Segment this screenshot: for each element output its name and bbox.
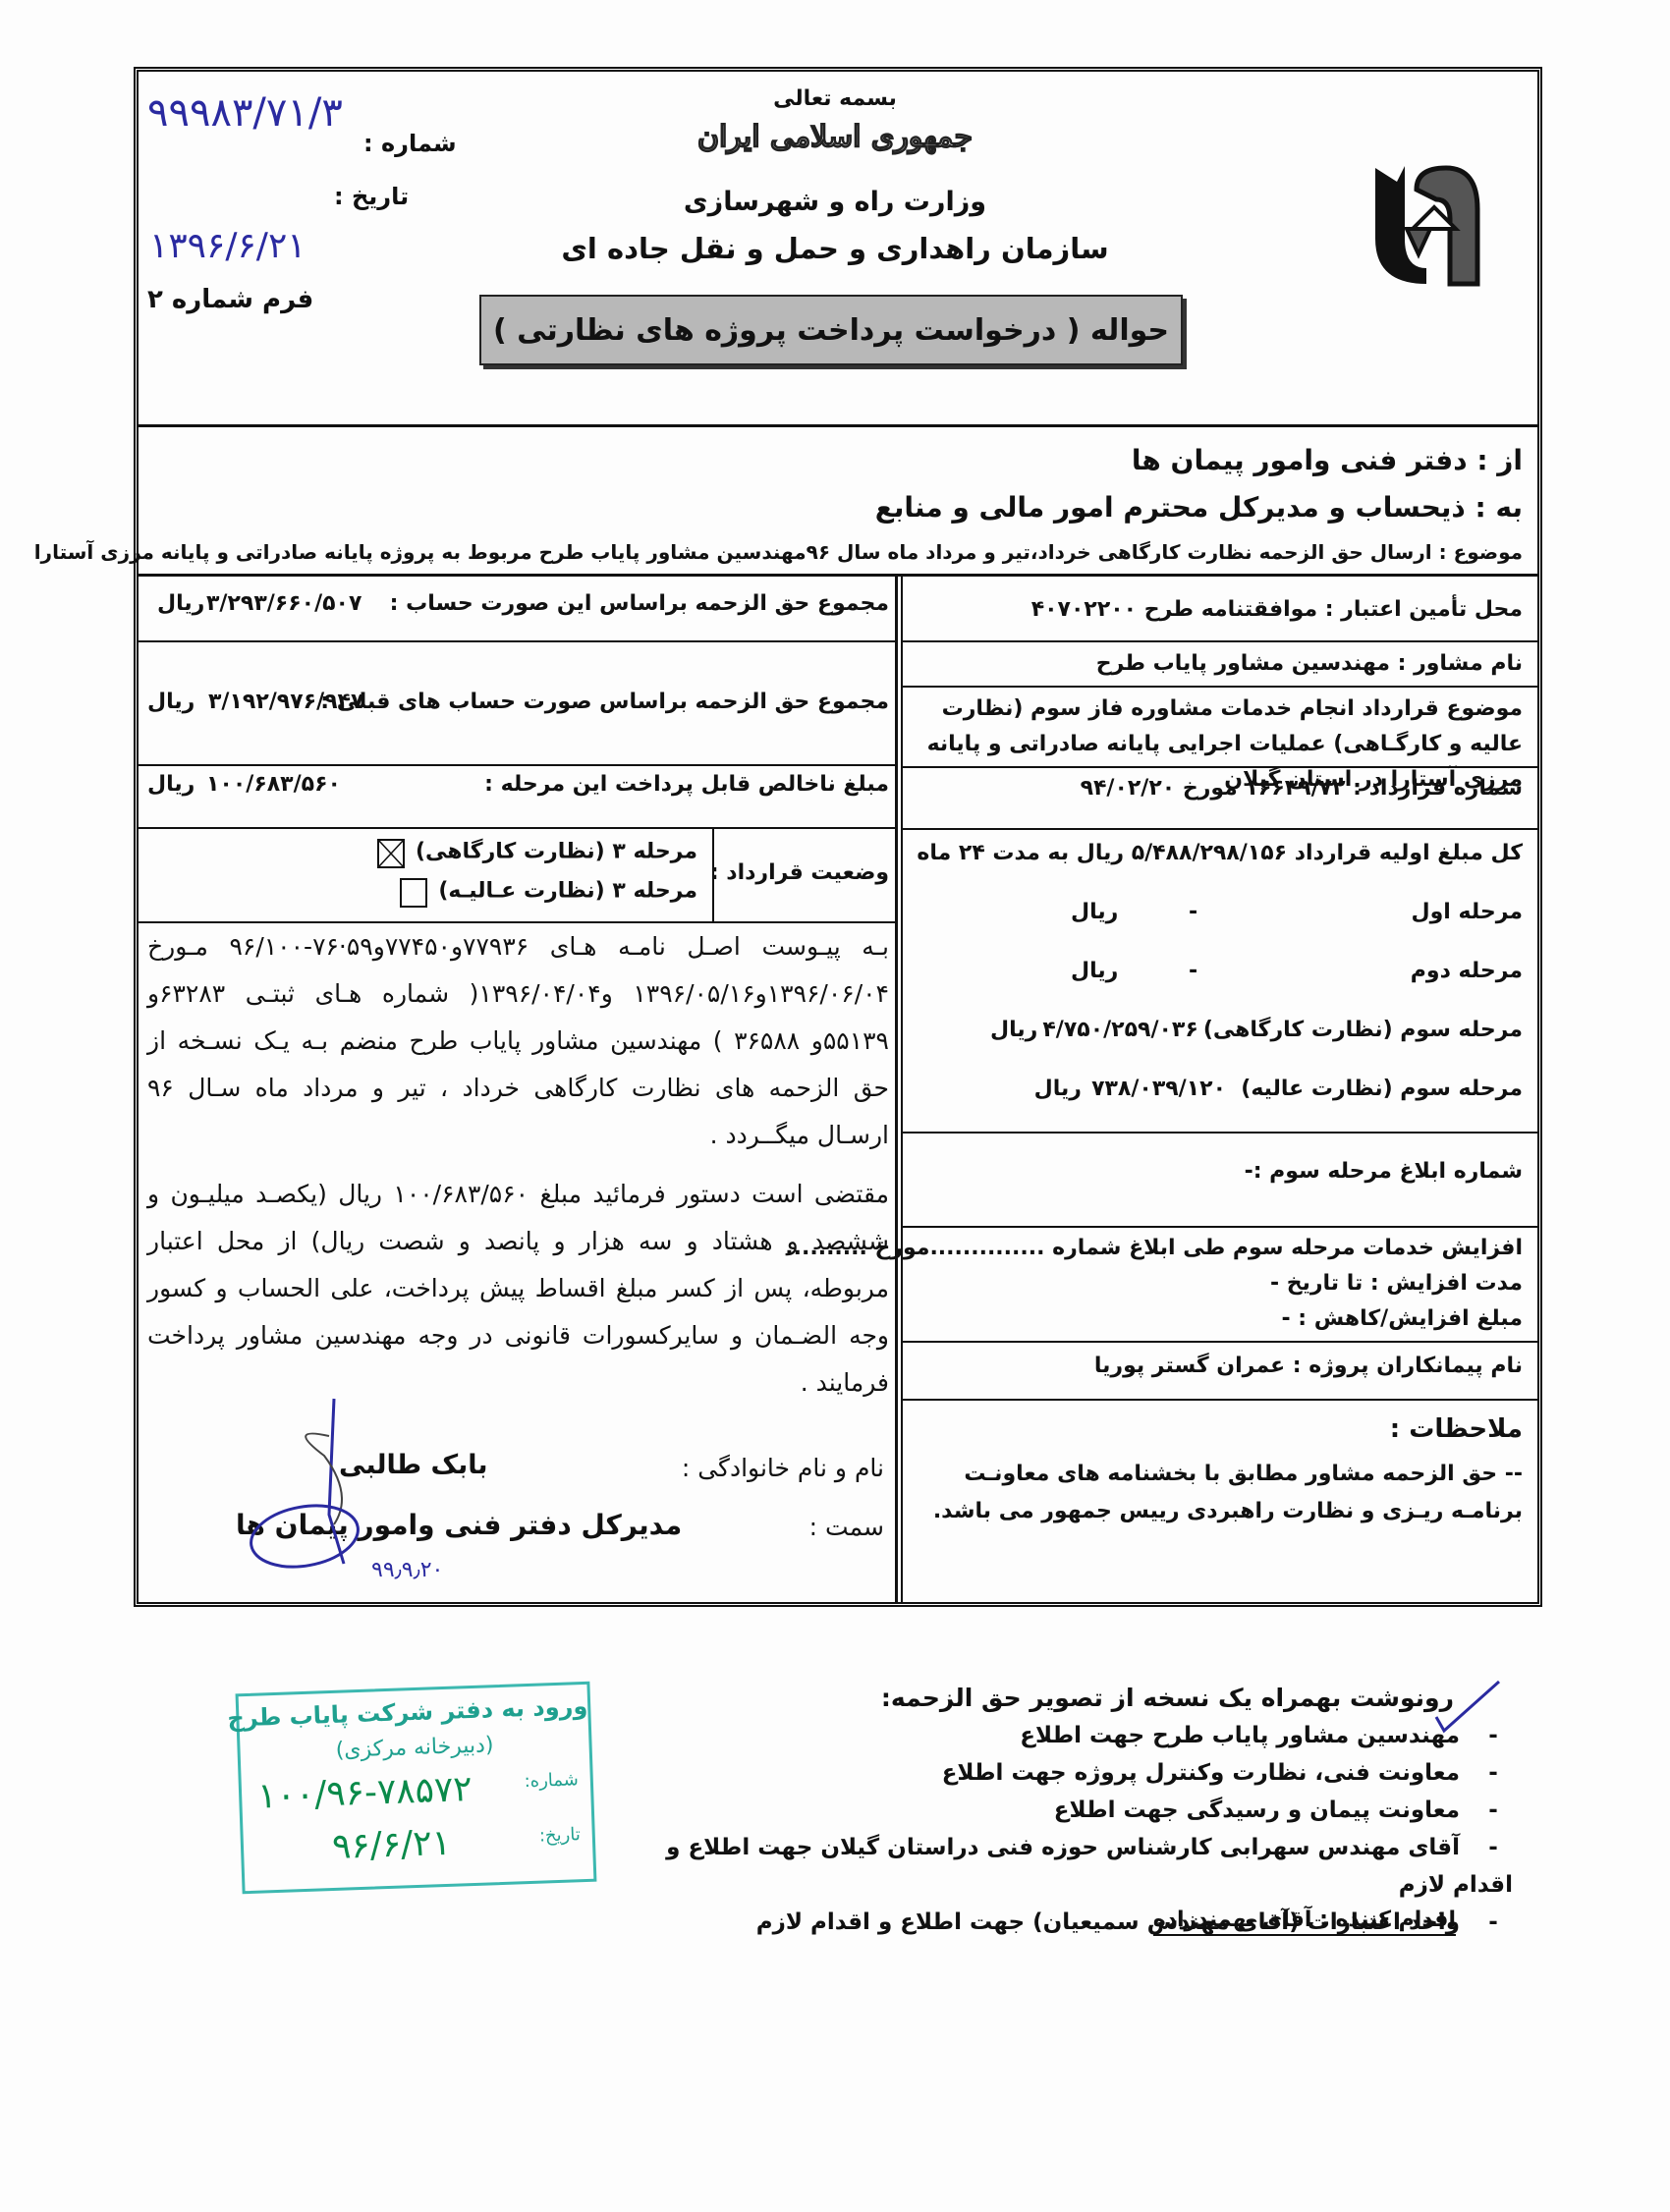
table-top-border xyxy=(139,574,1537,577)
contractors: نام پیمانکاران پروژه : عمران گستر پوریا xyxy=(1094,1354,1523,1378)
number-value: ۹۹۹۸۳/۷۱/۳ xyxy=(147,90,343,136)
status-option-label: مرحله ۳ (نظارت عـالیـه) xyxy=(438,879,697,904)
header-divider xyxy=(139,424,1537,427)
remarks-text: -- حق الزحمه مشاور مطابق با بخشنامه های … xyxy=(904,1456,1523,1530)
phase-3-site: مرحله سوم (نظارت کارگاهی) ۴/۷۵۰/۲۵۹/۰۳۶ … xyxy=(990,1018,1523,1042)
row-divider xyxy=(139,764,895,766)
stamp-date-label: تاریخ: xyxy=(539,1824,582,1846)
checkmark-icon xyxy=(1434,1678,1503,1737)
cc-item: -معاونت فنی، نظارت وکنترل پروژه جهت اطلا… xyxy=(629,1754,1513,1792)
cc-title: رونوشت بهمراه یک نسخه از تصویر حق الزحمه… xyxy=(881,1684,1454,1712)
phase-3-supreme-label: مرحله سوم (نظارت عالیه) xyxy=(1241,1077,1523,1101)
increase-duration: مدت افزایش : تا تاریخ - xyxy=(1270,1271,1523,1296)
checkbox-unchecked[interactable] xyxy=(400,878,427,908)
currency-label: ریال xyxy=(147,690,195,714)
currency-label: ریال xyxy=(157,591,204,616)
action-by: اقدام کننده : آقای بهمندزاده xyxy=(1153,1908,1456,1936)
total-previous-value: ۳/۱۹۲/۹۷۶/۹۴۷ xyxy=(208,690,363,714)
row-divider xyxy=(139,640,895,642)
signer-name-label: نام و نام خانوادگی : xyxy=(682,1454,884,1482)
stamp-line1: ورود به دفتر شرکت پایاب طرح xyxy=(239,1692,588,1732)
form-number: فرم شماره ۲ xyxy=(147,285,313,314)
form-title: حواله ( درخواست پرداخت پروژه های نظارتی … xyxy=(479,295,1183,365)
subject-line: موضوع : ارسال حق الزحمه نظارت کارگاهی خر… xyxy=(34,540,1523,564)
phase-3-site-label: مرحله سوم (نظارت کارگاهی) xyxy=(1203,1018,1523,1042)
stamp-number-label: شماره: xyxy=(524,1769,579,1792)
funding-source: محل تأمین اعتبار : موافقتنامه طرح ۴۰۷۰۲۲… xyxy=(1031,597,1523,622)
phase-2-value: - xyxy=(1189,959,1197,983)
initial-contract-amount: کل مبلغ اولیه قرارداد ۵/۴۸۸/۲۹۸/۱۵۶ ریال… xyxy=(917,841,1523,865)
stamp-date-value: ۹۶/۶/۲۱ xyxy=(331,1823,451,1867)
net-payable-label: مبلغ ناخالص قابل پرداخت این مرحله : xyxy=(484,772,889,797)
cc-item: -مهندسین مشاور پایاب طرح جهت اطلاع xyxy=(629,1717,1513,1754)
status-option-supreme[interactable]: مرحله ۳ (نظارت عـالیـه) xyxy=(400,878,697,908)
contract-number: شماره قرارداد : ۱۶۶۳۹/۷۲ مورخ ۹۴/۰۲/۲۰ xyxy=(1081,776,1523,801)
row-divider xyxy=(901,828,1537,830)
cc-item: -آقای مهندس سهرابی کارشناس حوزه فنی دراس… xyxy=(629,1829,1513,1904)
phase-3-notice: شماره ابلاغ مرحله سوم :- xyxy=(1245,1159,1523,1184)
cc-item: -معاونت پیمان و رسیدگی جهت اطلاع xyxy=(629,1792,1513,1829)
date-value: ۱۳۹۶/۶/۲۱ xyxy=(149,226,306,266)
status-option-label: مرحله ۳ (نظارت کارگاهی) xyxy=(416,840,697,864)
total-this-invoice-value: ۳/۲۹۳/۶۶۰/۵۰۷ xyxy=(206,591,362,616)
row-divider xyxy=(901,1132,1537,1134)
receipt-stamp: ورود به دفتر شرکت پایاب طرح (دبیرخانه مر… xyxy=(236,1682,597,1894)
phase-2-label: مرحله دوم xyxy=(1411,959,1523,983)
phase-1-currency: ریال xyxy=(1071,900,1118,924)
total-this-invoice-label: مجموع حق الزحمه براساس این صورت حساب : xyxy=(390,591,889,616)
phase-1-value: - xyxy=(1189,900,1197,924)
phase-3-site-value: ۴/۷۵۰/۲۵۹/۰۳۶ xyxy=(1042,1018,1197,1042)
increase-services: افزایش خدمات مرحله سوم طی ابلاغ شماره ..… xyxy=(785,1236,1523,1260)
country-name: جمهوری اسلامی ایران xyxy=(609,120,1061,154)
signature-icon xyxy=(236,1397,432,1593)
row-divider xyxy=(901,686,1537,688)
stamp-number-value: ۱۰۰/۹۶-۷۸۵۷۲ xyxy=(257,1769,473,1817)
currency-label: ریال xyxy=(147,772,195,797)
phase-3-supreme-value: ۷۳۸/۰۳۹/۱۲۰ xyxy=(1091,1077,1226,1101)
to-line: به : ذیحساب و مدیرکل محترم امور مالی و م… xyxy=(875,491,1523,524)
phase-3-supreme: مرحله سوم (نظارت عالیه) ۷۳۸/۰۳۹/۱۲۰ ریال xyxy=(1034,1077,1523,1101)
phase-2-currency: ریال xyxy=(1071,959,1118,983)
remarks-label: ملاحظات : xyxy=(1390,1414,1523,1444)
date-label: تاریخ : xyxy=(334,183,409,210)
status-option-site[interactable]: مرحله ۳ (نظارت کارگاهی) xyxy=(377,839,697,868)
checkbox-checked[interactable] xyxy=(377,839,405,868)
row-divider xyxy=(901,1341,1537,1343)
from-line: از : دفتر فنی وامور پیمان ها xyxy=(1132,444,1523,476)
contract-status-label: وضعیت قرارداد : xyxy=(710,860,889,885)
increase-amount: مبلغ افزایش/کاهش : - xyxy=(1282,1306,1524,1331)
row-divider xyxy=(901,1399,1537,1401)
number-label: شماره : xyxy=(363,130,457,157)
body-paragraph-instruction: مقتضی است دستور فرمائید مبلغ ۱۰۰/۶۸۳/۵۶۰… xyxy=(147,1171,889,1407)
ministry-name: وزارت راه و شهرسازی xyxy=(629,187,1041,217)
phase-3-site-currency: ریال xyxy=(990,1018,1037,1042)
phase-3-supreme-currency: ریال xyxy=(1034,1077,1082,1101)
organization-logo-icon xyxy=(1367,160,1485,288)
body-paragraph-attachment: بـه پیـوست اصـل نامـه هـای ۷۷۹۳۶و۷۷۴۵۰و۵… xyxy=(147,923,889,1159)
row-divider xyxy=(901,1226,1537,1228)
basmala: بسمه تعالی xyxy=(688,86,982,111)
total-previous-label: مجموع حق الزحمه براساس صورت حساب های قبل… xyxy=(320,690,889,714)
consultant-name: نام مشاور : مهندسین مشاور پایاب طرح xyxy=(1096,651,1523,676)
organization-name: سازمان راهداری و حمل و نقل جاده ای xyxy=(550,232,1120,265)
stamp-line2: (دبیرخانه مرکزی) xyxy=(240,1730,589,1766)
phase-1-label: مرحله اول xyxy=(1412,900,1523,924)
row-divider xyxy=(901,640,1537,642)
signer-title-label: سمت : xyxy=(809,1513,884,1541)
net-payable-value: ۱۰۰/۶۸۳/۵۶۰ xyxy=(206,772,341,797)
row-divider xyxy=(139,827,895,829)
